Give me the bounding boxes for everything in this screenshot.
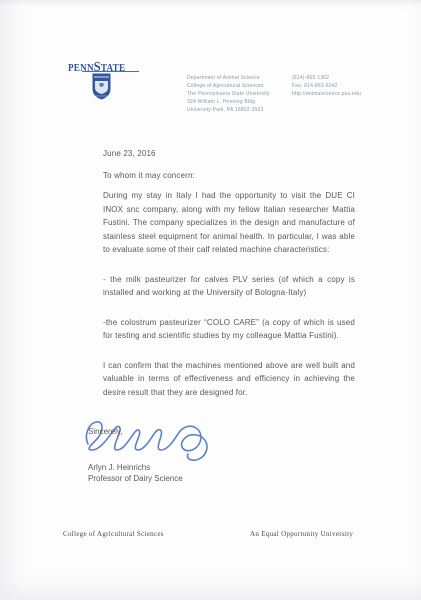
body-paragraph: -the colostrum pasteurizer “COLO CARE” (… bbox=[103, 316, 355, 343]
letter-page: PENNSTATE Department of Animal Science C… bbox=[0, 0, 421, 600]
footer-right: An Equal Opportunity University bbox=[250, 530, 353, 538]
logo-underline bbox=[82, 71, 139, 73]
footer-left: College of Agricultural Sciences bbox=[63, 530, 164, 538]
address-line: College of Agricultural Sciences bbox=[187, 82, 270, 90]
pennstate-shield-icon bbox=[92, 73, 111, 100]
closing-block: Sincerely, Arlyn J. Heinrichs Professor … bbox=[88, 426, 183, 484]
contact-line-url: http://animalscience.psu.edu bbox=[292, 90, 361, 98]
address-line: University Park, PA 16802-3503 bbox=[187, 106, 270, 114]
header-contact-block: (814)-865-1362 Fax: 814-863-6042 http://… bbox=[292, 74, 361, 98]
address-line: The Pennsylvania State University bbox=[187, 90, 270, 98]
header-address-block: Department of Animal Science College of … bbox=[187, 74, 270, 114]
salutation: To whom it may concern: bbox=[103, 169, 355, 183]
body-paragraph: During my stay in Italy I had the opport… bbox=[103, 189, 355, 257]
body-paragraph: - the milk pasteurizer for calves PLV se… bbox=[103, 273, 355, 300]
letter-body: June 23, 2016 To whom it may concern: Du… bbox=[103, 147, 355, 399]
signer-title: Professor of Dairy Science bbox=[88, 474, 183, 485]
contact-line-fax: Fax: 814-863-6042 bbox=[292, 82, 361, 90]
address-line: 324 William L. Henning Bldg bbox=[187, 98, 270, 106]
wordmark-penn: PENN bbox=[68, 63, 94, 74]
closing: Sincerely, bbox=[88, 426, 183, 437]
address-line: Department of Animal Science bbox=[187, 74, 270, 82]
body-paragraph: I can confirm that the machines mentione… bbox=[103, 359, 355, 400]
contact-line-phone: (814)-865-1362 bbox=[292, 74, 361, 82]
signer-name: Arlyn J. Heinrichs bbox=[88, 463, 183, 474]
pennstate-logo: PENNSTATE bbox=[68, 58, 130, 76]
letter-date: June 23, 2016 bbox=[103, 147, 355, 161]
